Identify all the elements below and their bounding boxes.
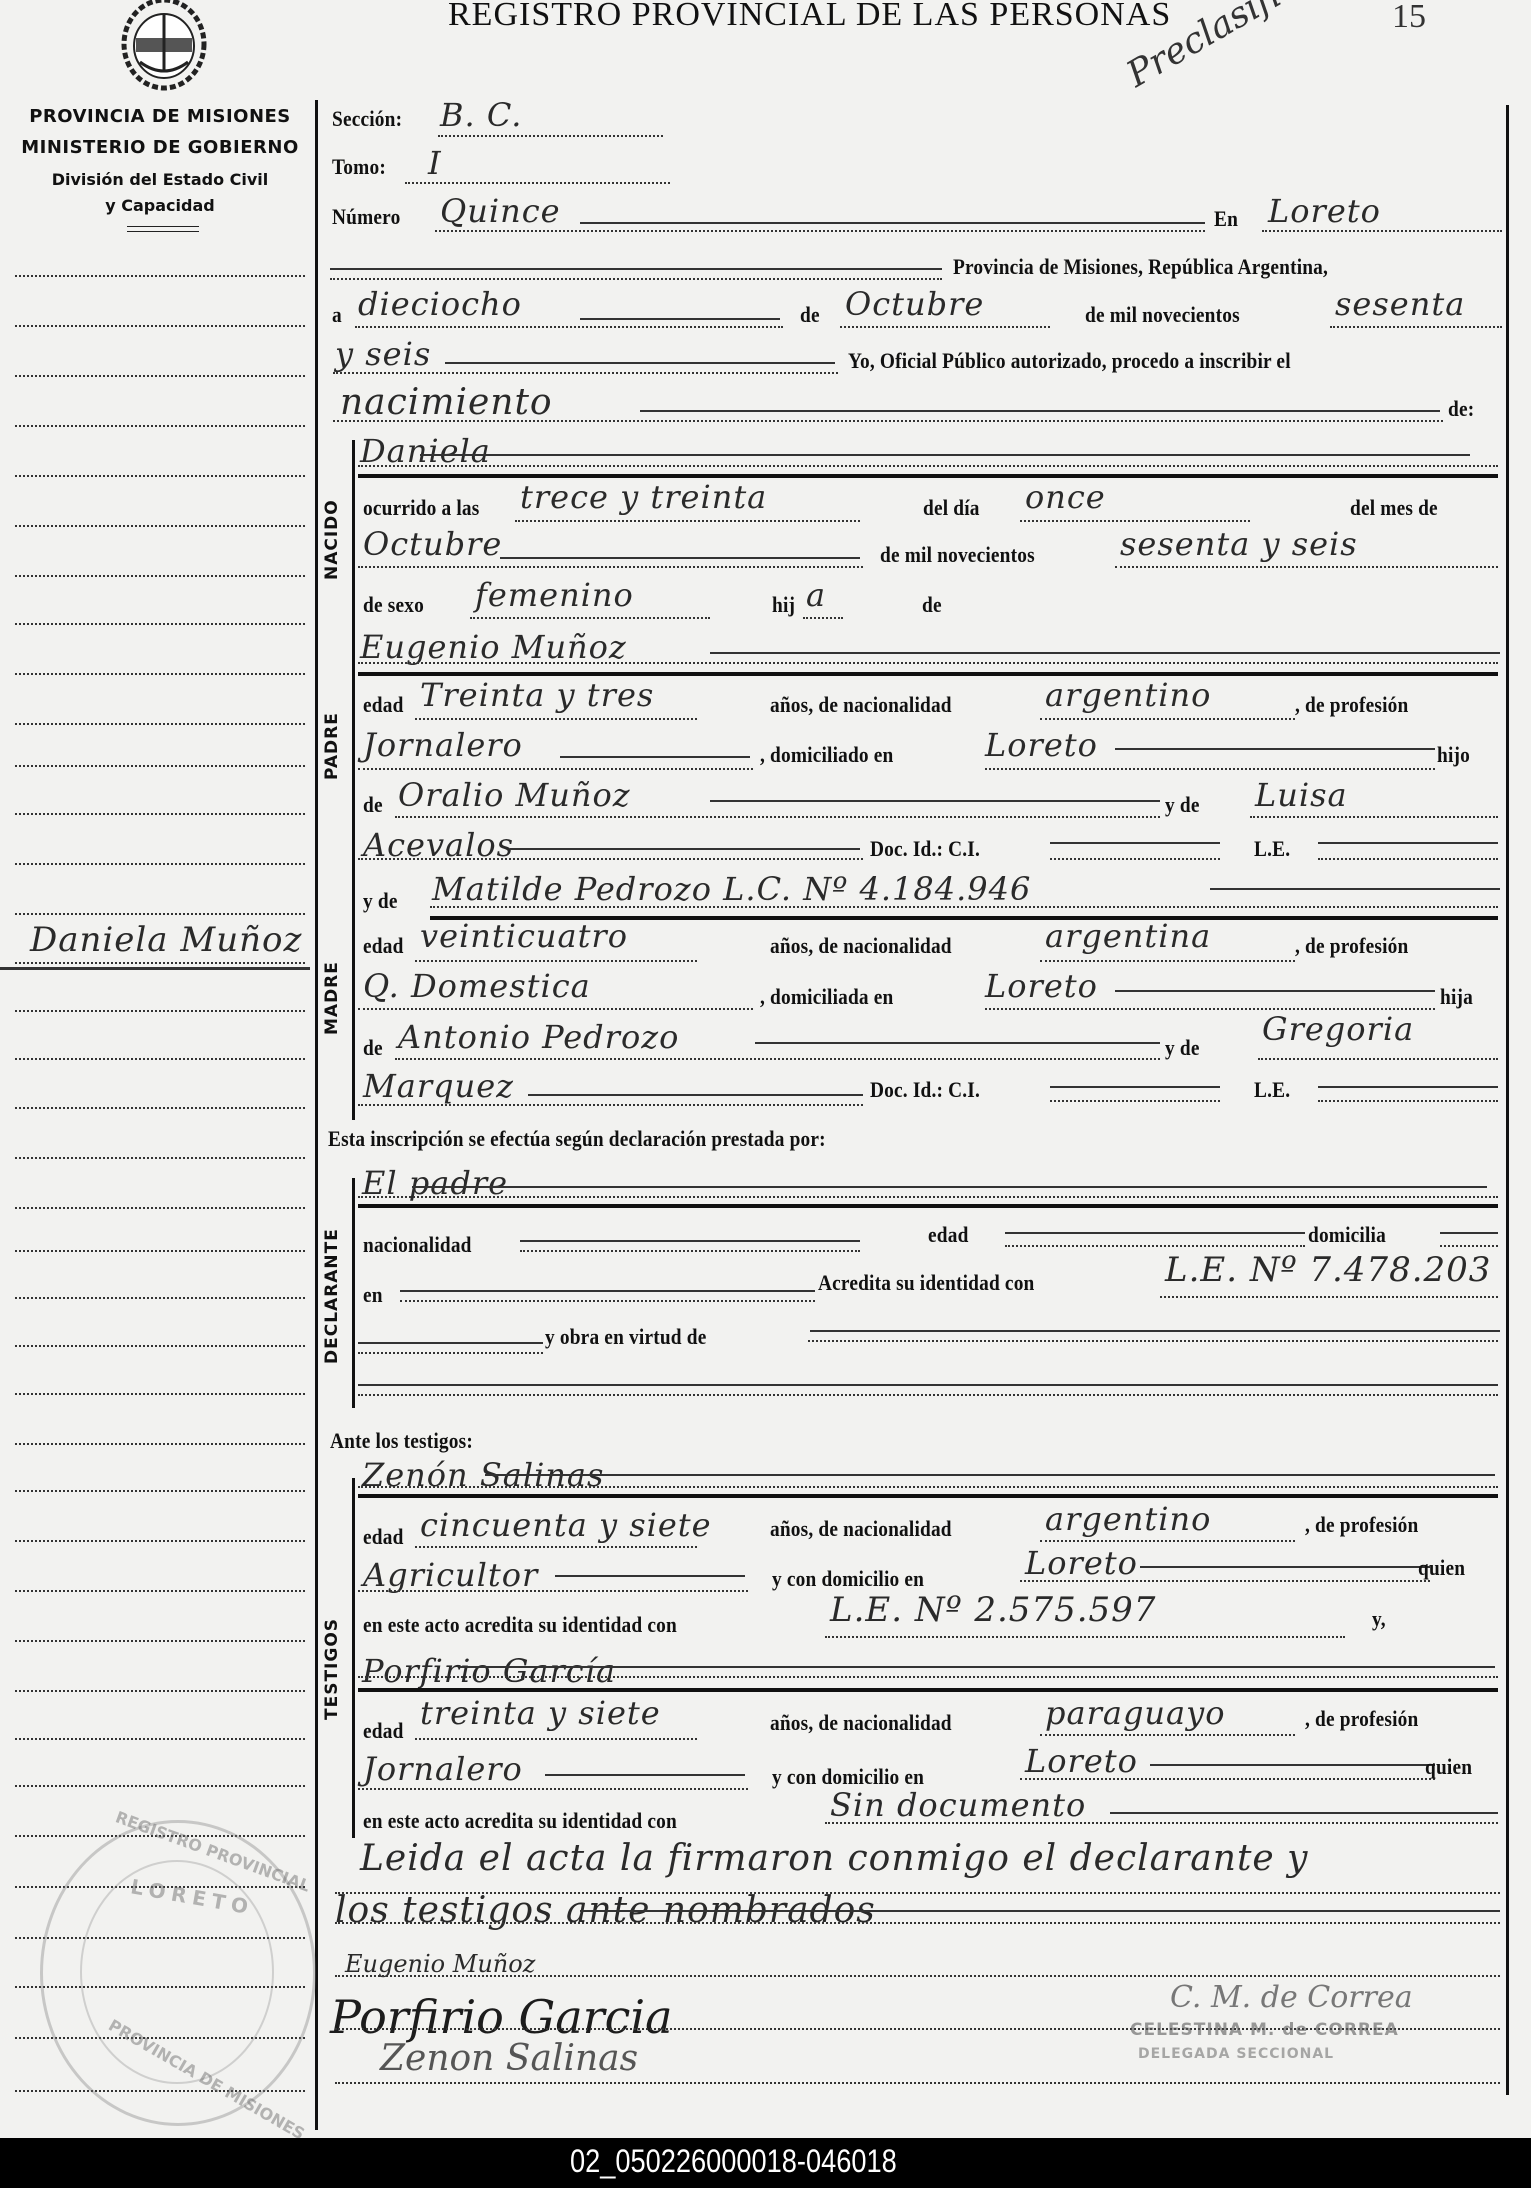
nacido-bracket [352, 440, 355, 645]
act-field [333, 420, 1443, 422]
margin-line [15, 1157, 305, 1159]
margin-line [15, 425, 305, 427]
year-value-2[interactable]: y seis [335, 335, 431, 373]
testigo2-prof-dash [545, 1774, 745, 1776]
padre-ci-dash [1050, 842, 1220, 844]
provincia-text: Provincia de Misiones, República Argenti… [953, 254, 1328, 280]
margin-line [15, 1690, 305, 1692]
margin-line [15, 1738, 305, 1740]
madre-father-value[interactable]: Antonio Pedrozo [398, 1018, 679, 1056]
madre-name-field [430, 906, 1498, 908]
padre-side-label: PADRE [322, 712, 342, 780]
testigo2-prof-label: , de profesión [1305, 1706, 1418, 1732]
intro-field [330, 278, 942, 280]
margin-line [15, 575, 305, 577]
padre-nac-label: años, de nacionalidad [770, 692, 952, 718]
madre-mother-field-2 [358, 1104, 863, 1106]
madre-y-de2-label: y de [1165, 1035, 1200, 1061]
numero-value[interactable]: Quince [440, 192, 561, 230]
declarante-name-field [358, 1196, 1498, 1198]
madre-name[interactable]: Matilde Pedrozo L.C. Nº 4.184.946 [432, 870, 1031, 908]
obra-label: y obra en virtud de [545, 1324, 706, 1350]
padre-prof-value[interactable]: Jornalero [363, 726, 523, 764]
sexo-field [470, 617, 710, 619]
testigo1-acredita-label: en este acto acredita su identidad con [363, 1612, 677, 1638]
margin-line [15, 1058, 305, 1060]
tomo-label: Tomo: [332, 154, 386, 180]
tomo-field [405, 182, 670, 184]
margin-line [15, 325, 305, 327]
testigo1-dom-dash [1140, 1566, 1430, 1568]
margin-line [15, 913, 305, 915]
margin-line [15, 1443, 305, 1445]
testigo1-edad-label: edad [363, 1524, 404, 1550]
padre-nac-field [1040, 718, 1295, 720]
closing-dash-2 [580, 1910, 1500, 1912]
en-field [1262, 230, 1502, 232]
testigo1-name-dash [485, 1474, 1495, 1476]
padre-mother2-dash [510, 848, 860, 850]
madre-prof-value[interactable]: Q. Domestica [363, 967, 591, 1005]
left-margin-border [315, 100, 318, 2130]
padre-dom-dash [1115, 748, 1435, 750]
madre-father-field [395, 1058, 1160, 1060]
testigo2-quien-label: quien [1425, 1754, 1472, 1780]
act-value[interactable]: nacimiento [340, 382, 553, 423]
madre-le-field [1318, 1100, 1498, 1102]
padre-ci-field [1050, 858, 1220, 860]
madre-edad-value[interactable]: veinticuatro [420, 917, 628, 955]
padre-dom-value[interactable]: Loreto [985, 726, 1098, 764]
margin-line [15, 1785, 305, 1787]
nacido-year-value[interactable]: sesenta y seis [1120, 525, 1358, 563]
obra-field [808, 1340, 1498, 1342]
padre-edad-label: edad [363, 692, 404, 718]
padre-prof-dash [560, 756, 750, 758]
oficial-text: Yo, Oficial Público autorizado, procedo … [848, 348, 1291, 374]
margin-line [15, 765, 305, 767]
numero-label: Número [332, 204, 400, 230]
declarante-acredita-field [1160, 1296, 1498, 1298]
year2-dash [445, 362, 835, 364]
year-field-2 [333, 372, 838, 374]
madre-ci-dash [1050, 1086, 1220, 1088]
obra-field-left [358, 1352, 543, 1354]
declarante-name-dash [412, 1186, 1487, 1188]
testigo2-edad-value[interactable]: treinta y siete [420, 1694, 661, 1732]
testigo2-nac-label: años, de nacionalidad [770, 1710, 952, 1736]
padre-name[interactable]: Eugenio Muñoz [360, 628, 627, 666]
padre-doc-label: Doc. Id.: C.I. [870, 836, 980, 862]
margin-line [15, 813, 305, 815]
margin-line [15, 673, 305, 675]
madre-ci-field [1050, 1100, 1220, 1102]
acredita-label: Acredita su identidad con [818, 1270, 1034, 1296]
header-capacidad: y Capacidad [10, 196, 310, 215]
de-colon: de: [1448, 396, 1474, 422]
testigo1-dom-value[interactable]: Loreto [1025, 1544, 1138, 1582]
testigo2-prof-field [358, 1788, 748, 1790]
margin-note: Daniela Muñoz [30, 920, 302, 960]
declarante-dom-label: domicilia [1308, 1222, 1386, 1248]
folio-number: 15 [1392, 0, 1426, 36]
padre-name-field [358, 662, 1498, 664]
testigo2-acredita-field [825, 1822, 1498, 1824]
madre-le-dash [1318, 1086, 1498, 1088]
madre-y-de-label: y de [363, 888, 398, 914]
testigo1-edad-field [415, 1546, 697, 1548]
hij-field [803, 617, 843, 619]
padre-edad-value[interactable]: Treinta y tres [420, 676, 654, 714]
header-ministry: MINISTERIO DE GOBIERNO [10, 137, 310, 158]
testigo1-dom-field [1020, 1580, 1430, 1582]
madre-father-dash [755, 1042, 1160, 1044]
testigo2-nac-field [1040, 1734, 1295, 1736]
declarante-acredita-value[interactable]: L.E. Nº 7.478.203 [1165, 1250, 1491, 1290]
margin-line [15, 1107, 305, 1109]
madre-mother-field-1 [1258, 1058, 1498, 1060]
header-division: División del Estado Civil [10, 170, 310, 189]
signature-testigo-1: Zenon Salinas [380, 2038, 638, 2079]
declarante-edad-field [1005, 1245, 1305, 1247]
intro-dash [330, 268, 942, 270]
obra-dash [810, 1330, 1500, 1332]
testigo2-acredita-dash [1110, 1812, 1498, 1814]
padre-prof-field [358, 768, 753, 770]
madre-mother-value-2[interactable]: Marquez [363, 1067, 514, 1105]
margin-line [15, 1590, 305, 1592]
padre-father-field [395, 816, 1160, 818]
hija-label: hija [1440, 984, 1473, 1010]
padre-le-field [1318, 858, 1498, 860]
testigo1-dom-label: y con domicilio en [772, 1566, 924, 1592]
padre-dom-field [985, 768, 1435, 770]
madre-le-label: L.E. [1254, 1077, 1290, 1103]
image-id: 02_050226000018-046018 [570, 2143, 897, 2180]
margin-line [15, 375, 305, 377]
hora-field [515, 520, 860, 522]
testigo1-edad-value[interactable]: cincuenta y siete [420, 1506, 712, 1544]
madre-dom-label: , domiciliada en [760, 984, 894, 1010]
hij-label: hij [772, 592, 795, 618]
testigo2-edad-label: edad [363, 1718, 404, 1744]
month-value[interactable]: Octubre [845, 285, 984, 323]
declarante-edad-dash [1005, 1232, 1305, 1234]
testigo1-rule [358, 1494, 1498, 1498]
margin-line [15, 1393, 305, 1395]
madre-side-label: MADRE [322, 961, 342, 1035]
act-dash [640, 410, 1440, 412]
document-title: REGISTRO PROVINCIAL DE LAS PERSONAS [448, 0, 1171, 34]
hijo-label: hijo [1437, 742, 1470, 768]
testigo2-edad-field [415, 1738, 697, 1740]
madre-edad-field [415, 960, 697, 962]
testigo1-nac-value[interactable]: argentino [1045, 1500, 1211, 1538]
margin-line [15, 1640, 305, 1642]
day-dash [580, 318, 780, 320]
padre-de-label: de [363, 792, 383, 818]
margin-line [15, 1010, 305, 1012]
margin-line [15, 1345, 305, 1347]
ocurrido-label: ocurrido a las [363, 495, 479, 521]
margin-line [15, 1297, 305, 1299]
madre-name-dash [1210, 888, 1500, 890]
header-rule [127, 226, 199, 232]
dia-field [1020, 520, 1250, 522]
testigo1-acredita-value[interactable]: L.E. Nº 2.575.597 [830, 1590, 1156, 1630]
testigo2-nac-value[interactable]: paraguayo [1045, 1694, 1225, 1732]
madre-bracket [352, 875, 355, 1120]
signature-declarante: Eugenio Muñoz [345, 1950, 535, 1978]
nacido-name-field [358, 465, 1498, 467]
padre-y-de-label: y de [1165, 792, 1200, 818]
margin-line [15, 275, 305, 277]
month-field [840, 326, 1050, 328]
nacido-year-label: de mil novecientos [880, 542, 1035, 568]
padre-le-dash [1318, 842, 1498, 844]
margin-line [15, 1250, 305, 1252]
madre-edad-label: edad [363, 933, 404, 959]
sexo-label: de sexo [363, 592, 424, 618]
madre-mother-value-1[interactable]: Gregoria [1262, 1010, 1414, 1048]
padre-name-dash [710, 652, 1500, 654]
margin-line [15, 1207, 305, 1209]
testigo1-prof-label: , de profesión [1305, 1512, 1418, 1538]
official-stamp-title: DELEGADA SECCIONAL [1138, 2046, 1334, 2062]
declarante-en-dash [400, 1290, 815, 1292]
mes-dash [500, 557, 860, 559]
testigo1-prof-value[interactable]: Agricultor [363, 1556, 538, 1594]
a-label: a [332, 302, 342, 328]
testigo1-y-label: y, [1372, 1606, 1386, 1632]
testigo2-dom-field [1020, 1778, 1435, 1780]
padre-mother-value-1[interactable]: Luisa [1255, 776, 1348, 814]
declarante-edad-label: edad [928, 1222, 969, 1248]
margin-line [15, 1540, 305, 1542]
declarante-en-field [400, 1300, 815, 1302]
testigo1-nac-field [1040, 1540, 1295, 1542]
testigos-bracket [352, 1478, 355, 1838]
coat-of-arms-icon [120, 0, 208, 92]
obra-dash-left [358, 1342, 543, 1344]
margin-line [15, 525, 305, 527]
official-stamp-name: CELESTINA M. de CORREA [1130, 2020, 1399, 2040]
closing-field-2 [335, 1922, 1500, 1924]
declaracion-intro: Esta inscripción se efectúa según declar… [328, 1126, 826, 1152]
year-field-1 [1330, 326, 1502, 328]
year-value-1[interactable]: sesenta [1335, 285, 1465, 323]
declarante-rule [358, 1204, 1498, 1208]
numero-dash [580, 222, 1205, 224]
mes-label: del mes de [1350, 495, 1438, 521]
testigo1-name-field [358, 1486, 1498, 1488]
nacido-side-label: NACIDO [322, 499, 342, 580]
year-label: de mil novecientos [1085, 302, 1240, 328]
numero-field [435, 230, 1205, 232]
hora-value[interactable]: trece y treinta [520, 478, 767, 516]
testigo2-rule [358, 1688, 1498, 1692]
testigo2-dom-dash [1150, 1764, 1435, 1766]
testigo2-name-dash [460, 1666, 1495, 1668]
de-label: de [800, 302, 820, 328]
testigos-intro: Ante los testigos: [330, 1428, 473, 1454]
madre-prof-field [358, 1008, 753, 1010]
padre-prof-label: , de profesión [1295, 692, 1408, 718]
declarante-nac-field [520, 1250, 860, 1252]
signature-line-3 [335, 2082, 1500, 2084]
testigo1-prof-dash [555, 1575, 745, 1577]
madre-de-label: de [363, 1035, 383, 1061]
declarante-side-label: DECLARANTE [322, 1228, 342, 1364]
padre-bracket [352, 635, 355, 875]
declarante-nac-label: nacionalidad [363, 1232, 472, 1258]
dia-label: del día [923, 495, 980, 521]
obra-field-2 [358, 1394, 1498, 1396]
madre-dom-value[interactable]: Loreto [985, 967, 1098, 1005]
margin-line [15, 962, 305, 964]
testigo2-dom-value[interactable]: Loreto [1025, 1742, 1138, 1780]
mes-value[interactable]: Octubre [363, 525, 502, 563]
signature-line-1 [335, 1975, 1500, 1977]
testigos-side-label: TESTIGOS [322, 1618, 342, 1720]
testigo2-acredita-value[interactable]: Sin documento [830, 1786, 1086, 1824]
madre-nac-field [1040, 960, 1295, 962]
obra-dash-2 [358, 1384, 1498, 1386]
seccion-field [438, 135, 663, 137]
right-margin-border [1506, 105, 1509, 2095]
sexo-value[interactable]: femenino [475, 576, 634, 614]
testigo2-prof-value[interactable]: Jornalero [363, 1750, 523, 1788]
padre-edad-field [415, 718, 697, 720]
seccion-label: Sección: [332, 106, 402, 132]
margin-line [15, 863, 305, 865]
en-value[interactable]: Loreto [1268, 192, 1381, 230]
margin-line [15, 1490, 305, 1492]
testigo2-acredita-label: en este acto acredita su identidad con [363, 1808, 677, 1834]
nacido-de-label: de [922, 592, 942, 618]
madre-mother2-dash [528, 1094, 863, 1096]
header-province: PROVINCIA DE MISIONES [10, 106, 310, 127]
testigo1-nac-label: años, de nacionalidad [770, 1516, 952, 1542]
testigo1-prof-field [358, 1590, 748, 1592]
signature-testigo-2: Porfirio Garcia [330, 1990, 673, 2044]
padre-mother-field-2 [358, 858, 863, 860]
tomo-value[interactable]: I [428, 144, 442, 182]
padre-le-label: L.E. [1254, 836, 1290, 862]
testigo2-name-field [358, 1676, 1498, 1678]
declarante-dom-field [1440, 1245, 1498, 1247]
testigo1-acredita-field [825, 1636, 1345, 1638]
declarante-dom-dash [1440, 1232, 1498, 1234]
en-label: En [1214, 206, 1238, 232]
margin-line [15, 723, 305, 725]
margin-line [15, 475, 305, 477]
testigo2-name[interactable]: Porfirio García [362, 1652, 616, 1690]
closing-line-1: Leida el acta la firmaron conmigo el dec… [360, 1838, 1309, 1879]
dia-value[interactable]: once [1025, 478, 1106, 516]
testigo1-quien-label: quien [1418, 1555, 1465, 1581]
declarante-bracket [352, 1178, 355, 1408]
margin-line [15, 623, 305, 625]
padre-father-value[interactable]: Oralio Muñoz [398, 776, 631, 814]
madre-dom-dash [1115, 990, 1435, 992]
margin-note-underline [0, 967, 310, 970]
declarante-nac-dash [520, 1240, 860, 1242]
declarante-en-label: en [363, 1282, 383, 1308]
nacido-name-dash [420, 454, 1470, 456]
hij-value[interactable]: a [806, 576, 826, 614]
official-signature: C. M. de Correa [1170, 1980, 1413, 2015]
mes-field [358, 566, 863, 568]
padre-father-dash [710, 800, 1160, 802]
madre-nac-value[interactable]: argentina [1045, 917, 1211, 955]
seccion-value[interactable]: B. C. [440, 96, 522, 134]
madre-nac-label: años, de nacionalidad [770, 933, 952, 959]
padre-dom-label: , domiciliado en [760, 742, 894, 768]
nacido-year-field [1115, 566, 1498, 568]
padre-mother-field-1 [1250, 816, 1498, 818]
madre-prof-label: , de profesión [1295, 933, 1408, 959]
madre-doc-label: Doc. Id.: C.I. [870, 1077, 980, 1103]
day-field [355, 326, 783, 328]
padre-nac-value[interactable]: argentino [1045, 676, 1211, 714]
day-value[interactable]: dieciocho [358, 285, 522, 323]
